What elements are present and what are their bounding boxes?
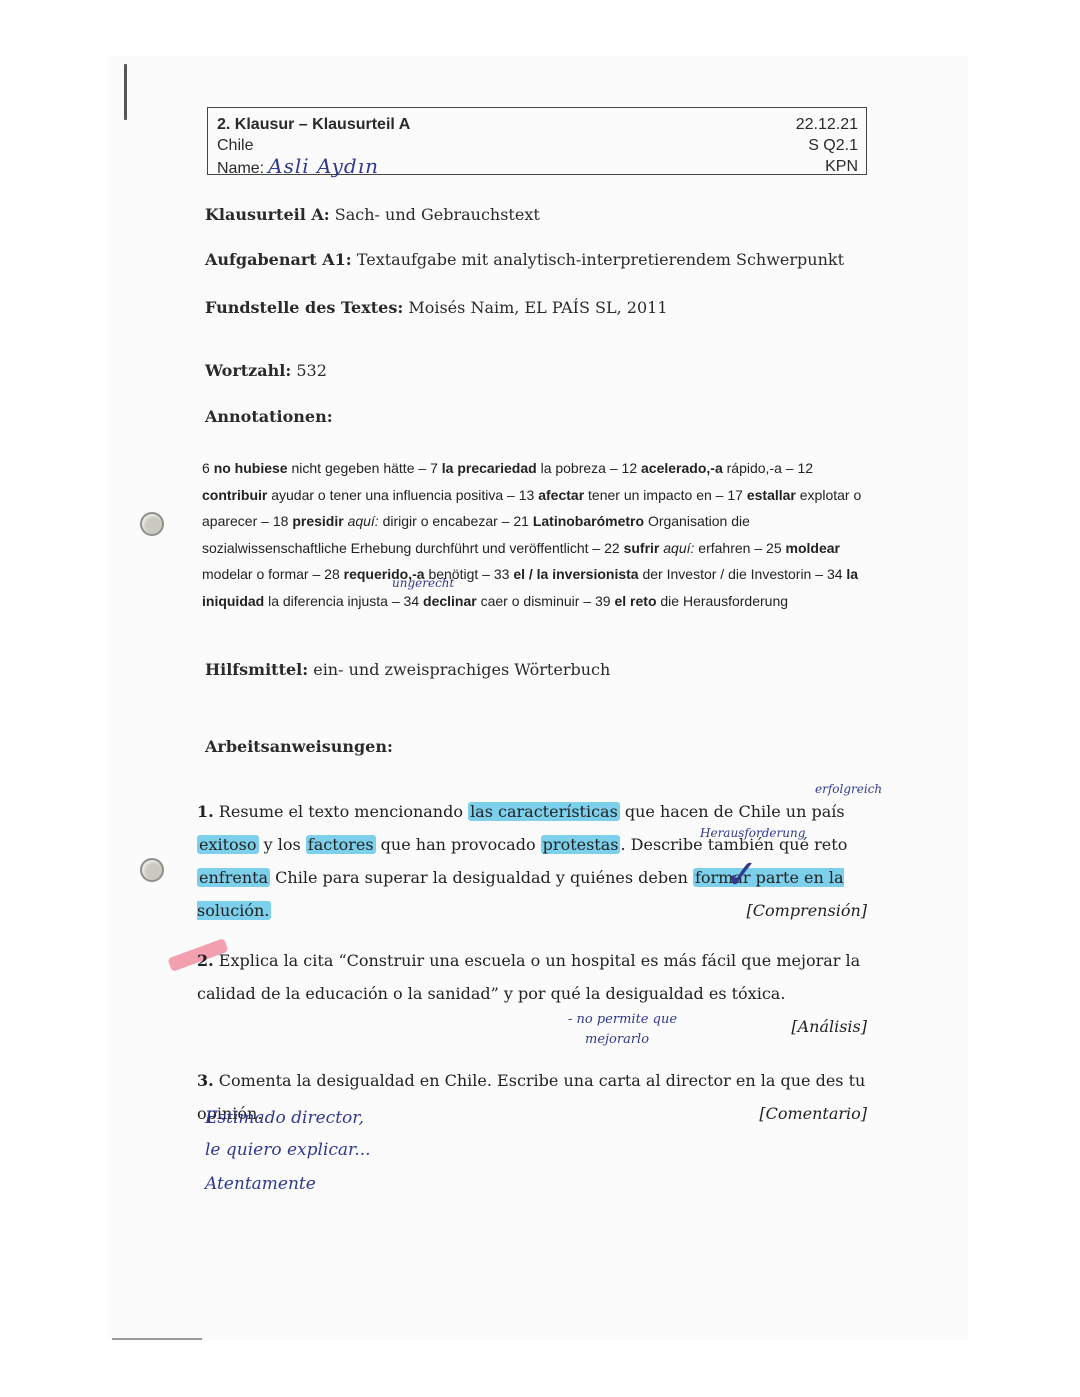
task-category: [Análisis] <box>791 1010 867 1043</box>
task-2: 2. Explica la cita “Construir una escuel… <box>197 944 867 1010</box>
wortzahl-line: Wortzahl: 532 <box>205 361 327 380</box>
arbeitsanweisungen-heading: Arbeitsanweisungen: <box>205 737 393 756</box>
exam-header: 2. Klausur – Klausurteil A Chile Name:As… <box>207 107 867 175</box>
annotations-list: 6 no hubiese nicht gegeben hätte – 7 la … <box>202 455 872 614</box>
exam-topic: Chile <box>217 135 410 156</box>
handwritten-letter-line: Estimado director, <box>205 1104 364 1132</box>
course-code: S Q2.1 <box>796 135 858 156</box>
handwritten-note: - no permite que <box>568 1012 677 1027</box>
teacher-code: KPN <box>796 156 858 177</box>
fundstelle-line: Fundstelle des Textes: Moisés Naim, EL P… <box>205 298 668 317</box>
handwritten-note: Herausforderung <box>700 826 805 840</box>
exam-date: 22.12.21 <box>796 114 858 135</box>
klausurteil-line: Klausurteil A: Sach- und Gebrauchstext <box>205 205 540 224</box>
handwritten-note: mejorarlo <box>585 1032 649 1047</box>
task-1: 1. Resume el texto mencionando las carac… <box>197 795 867 927</box>
handwritten-letter-line: Atentamente <box>205 1170 316 1198</box>
margin-line <box>124 64 127 120</box>
annotationen-heading: Annotationen: <box>205 407 333 426</box>
handwritten-note: erfolgreich <box>815 782 882 796</box>
student-name: Asli Aydın <box>268 154 379 178</box>
exam-title: 2. Klausur – Klausurteil A <box>217 116 410 133</box>
task-category: [Comentario] <box>759 1097 867 1130</box>
punch-hole-icon <box>140 512 164 536</box>
hilfsmittel-line: Hilfsmittel: ein- und zweisprachiges Wör… <box>205 660 610 679</box>
task-category: [Comprensión] <box>747 894 867 927</box>
aufgabenart-line: Aufgabenart A1: Textaufgabe mit analytis… <box>205 250 844 269</box>
handwritten-letter-line: le quiero explicar... <box>205 1136 371 1164</box>
punch-hole-icon <box>140 858 164 882</box>
handwritten-note: ungerecht <box>392 576 454 590</box>
divider <box>112 1338 202 1340</box>
name-label: Name: <box>217 160 264 177</box>
checkmark-icon: ✓ <box>725 852 759 898</box>
